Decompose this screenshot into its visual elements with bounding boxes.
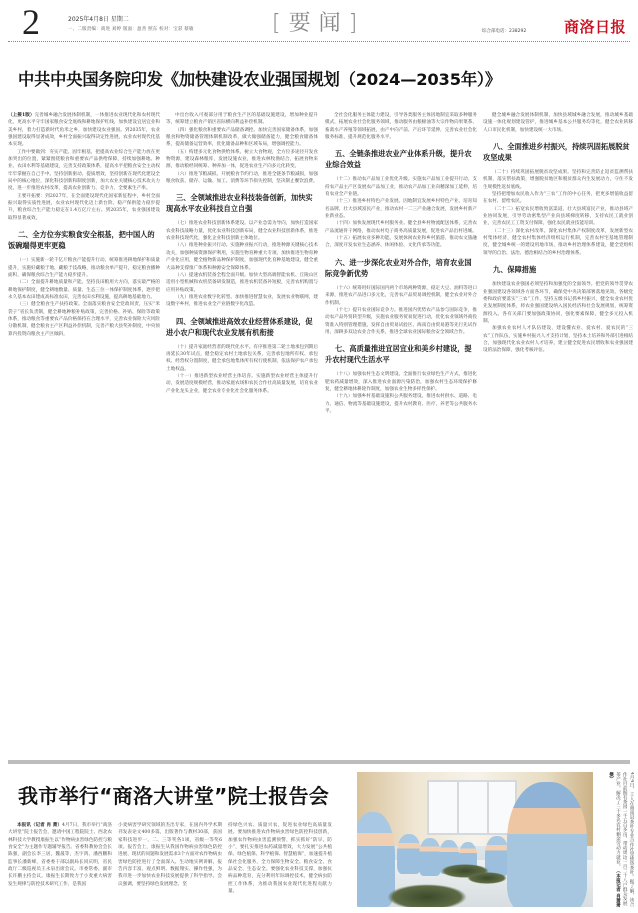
page-number: 2 [22,4,40,40]
issue-date: 2025年4月8日 星期二 [68,14,129,23]
paragraph: （二十三）深化农村改革。深化农村集体产权制度改革，发展新型农村集体经济，健全农村… [483,228,633,257]
paragraph: （六）推进节粮减损。开展粮食节约行动，推进全链条节粮减损，加强粮食收获、储存、运… [166,171,318,186]
photo-caption: 4月4日，工人在商南县茶叶专业合作社里挑选茶叶。据了解，该合作社目前拥有茶园一千… [598,772,634,908]
report-column-2: 小麦病害学研究领域的杰出专家，在国内外学术期刊发表论文400多篇，出版著作与教材… [118,822,222,912]
paragraph: （十五）拓展农业多种功能。发展休闲农业和乡村旅游，推动农文旅融合，深度开发农业生… [325,235,477,250]
section-heading: 三、全领域推进农业科技装备创新，加快实现高水平农业科技自立自强 [166,192,318,214]
article-column-3: 全社会化服务主体能力建设，引导各类服务主体因地制宜采取多种服务模式，拓展农业社会… [325,112,477,752]
paragraph: 加快建设农业强国必须坚持和加强党的全面领导。把党的领导贯穿农业强国建设各领域各方… [483,281,633,325]
paragraph: 中出台收入可观部分用于粮食生产区的基础设施建设，增加种业提升等，统筹建立粮食产销… [166,112,318,127]
section-heading: 九、保障措施 [483,264,633,275]
paragraph: （二十）持续巩固拓展脱贫攻坚成果。坚持和完善防止返贫监测帮扶机制，落实帮扶政策，… [483,169,633,191]
paragraph: （九）推进农业数字化转型。加快推进智慧农业，发展农业物联网，建设数字乡村，推进农… [166,294,318,309]
second-headline: 我市举行“商洛大讲堂”院士报告会 [18,780,329,809]
paragraph: （十三）推进乡村特色产业发展。因地制宜发展乡村特色产业，培育知名品牌，壮大县域富… [325,198,477,220]
article-column-2: 中出台收入可观部分用于粮食生产区的基础设施建设，增加种业提升等，统筹建立粮食产销… [166,112,318,752]
section-heading: 七、高质量推进宜居宜业和美乡村建设，提升农村现代生活水平 [325,343,477,365]
continued-from-marker: （上接1版） [8,113,35,118]
paragraph: 全社会化服务主体能力建设，引导各类服务主体因地制宜采取多种服务模式，拓展农业社会… [325,112,477,141]
paragraph: （十七）提升农业国际竞争力。推进国内优势农产品参与国际竞争，推动农产品外贸转型升… [325,307,477,336]
report-text-3: 持绿色兴农、质量兴农，促进农业绿色高质量发展。要加快推进农作物病虫害绿色防控科技… [228,822,332,895]
tea-workers-photo [357,772,593,907]
main-headline: 中共中央国务院印发《加快建设农业强国规划（2024—2035年）》 [18,66,630,90]
newspaper-logo: 商洛日报 [564,16,626,37]
paragraph: （十六）统筹用好国际国内两个市场两种资源，稳定大豆、油料等进口来源，推进农产品进… [325,285,477,307]
report-column-1: 本报讯（记者 肖 萧）4月7日，我市举行“商洛大讲堂”院士报告会，邀请中国工程院… [8,822,112,912]
paragraph: （二）全面提升耕地质量和产能。坚持良田粮用大方向，落实最严格的耕地保护制度，健全… [8,279,160,301]
paragraph: （十）提升家庭经营者的现代化水平。有序推进第二轮土地承包到期后再延长30年试点，… [166,344,318,373]
masthead-divider [8,41,630,42]
editors-credit: 一、二版责编：商进 刘婷 版面：盈善 照东 校对：宝彩 蔡敏 [68,26,194,32]
paragraph: （十四）加快发展现代乡村服务业。健全县乡村物流配送体系，完善农产品流通骨干网络，… [325,220,477,235]
paragraph: （一）实施新一轮千亿斤粮食产能提升行动。统筹推进耕地保护和质量提升，实施好藏粮于… [8,257,160,279]
byline: 本报讯（记者 肖 萧） [17,823,62,828]
section-heading: 二、全方位夯实粮食安全根基，把中国人的饭碗端得更牢更稳 [8,229,160,251]
masthead: 2 2025年4月8日 星期二 一、二版责编：商进 刘婷 版面：盈善 照东 校对… [0,0,638,44]
paragraph: 健全城乡融合发展体制机制，加快县域城乡融合发展，推动城乡基础设施一体化规划建设管… [483,112,633,134]
article-column-1: （上接1版）完善城乡融合发展体制机制，一体推进农业现代化和农村现代化，更高水平守… [8,112,160,752]
article-column-4: 健全城乡融合发展体制机制，加快县域城乡融合发展，推动城乡基础设施一体化规划建设管… [483,112,633,752]
section-heading: 八、全面推进乡村振兴，持续巩固拓展脱贫攻坚成果 [483,141,633,163]
paragraph: 工作中要做到：夯实产能、固牢根基，把提高农业综合生产能力放在更加突出的位置，紧紧… [8,149,160,193]
paragraph: （八）推进种业振兴行动。实施种业振兴行动，推进种源关键核心技术攻关，加强种质资源… [166,242,318,271]
paragraph: （四）强化粮食和重要农产品储备调控。加快完善国家储备体系，加强粮食和物资储备管理… [166,127,318,149]
department-phone: 综合部电话：238292 [482,28,526,34]
paragraph: （十一）推进新型农业经营主体培育。实施新型农业经营主体提升行动，发展适度规模经营… [166,373,318,395]
paragraph: 加强农业农村人才队伍建设，建设懂农业、爱农村、爱农民的“三农”工作队伍，实施乡村… [483,325,633,354]
article-separator [8,760,630,764]
report-text-2: 小麦病害学研究领域的杰出专家，在国内外学术期刊发表论文400多篇，出版著作与教材… [118,822,222,888]
paragraph: （十二）推动农产品加工业优化升级。实施农产品加工业提升行动，支持农产品主产区发展… [325,176,477,198]
paragraph: （七）推进农业科技创新体系建设。以产业急需为导向，加快打造国家农业科技战略力量，… [166,220,318,242]
section-label: [要闻] [272,6,365,37]
paragraph: （十八）加强农村生态文明建设。全面推行农业绿色生产方式，推进化肥农药减量增效，深… [325,371,477,393]
paragraph: （三）健全粮食生产扶持政策。全面落实粮食安全党政同责，压实“米袋子”省长负责制，… [8,301,160,338]
section-heading: 四、全领域推进高效农业经营体系建设，促进小农户和现代农业发展有机衔接 [166,316,318,338]
paragraph: 王要开拓要：到2027年，在全面建设现代化国家新征程中，乡村全面振兴取得实质性进… [8,193,160,222]
paragraph: （五）构建多元化食物供给体系。树立大食物观，全方位多途径开发食物资源，建设森林粮… [166,149,318,171]
section-heading: 五、全链条推进农业产业体系升级，提升农业综合效益 [325,148,477,170]
paragraph: （上接1版）完善城乡融合发展体制机制，一体推进农业现代化和农村现代化，更高水平守… [8,112,160,149]
paragraph: （二十二）拓宽农民增收致富渠道。壮大县域富民产业，推动县域产业协同发展，引导劳动… [483,206,633,228]
paragraph: 坚持把增加农民收入作为“三农”工作的中心任务，把更多增值收益留在农村、留给农民。 [483,191,633,206]
paragraph: （八）提速农机装备全程全面升级。加快大型高端智能农机、丘陵山区适用小型机械和农机… [166,272,318,294]
paragraph: （十九）加强乡村基础设施和公共服务建设。推进农村供水、道路、电力、通信、物流等基… [325,393,477,415]
report-column-3: 持绿色兴农、质量兴农，促进农业绿色高质量发展。要加快推进农作物病虫害绿色防控科技… [228,822,332,912]
report-text-1: 4月7日，我市举行“商洛大讲堂”院士报告会，邀请中国工程院院士、西北农林科技大学… [8,823,112,887]
section-heading: 六、进一步深化农业对外合作，培育农业国际竞争新优势 [325,257,477,279]
